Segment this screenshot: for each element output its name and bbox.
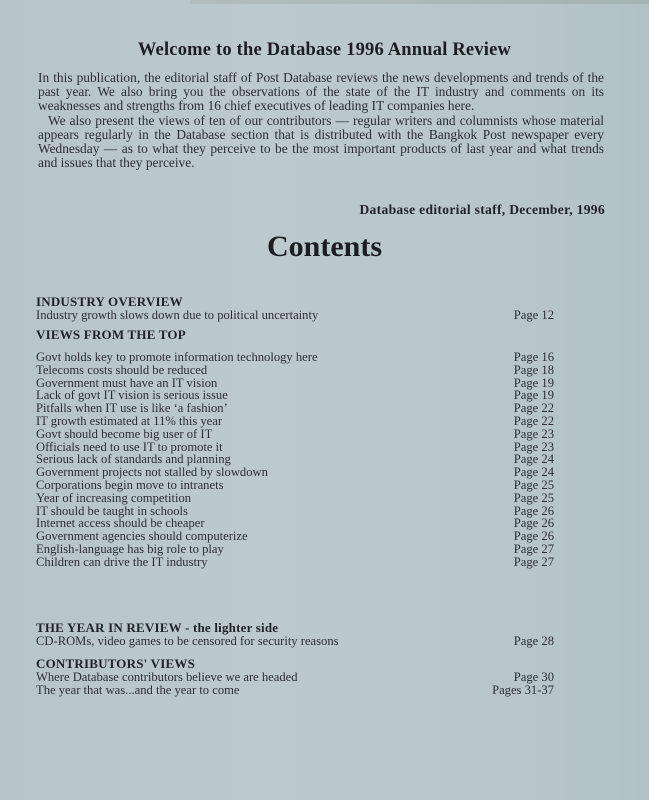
toc-entry[interactable]: Telecoms costs should be reducedPage 18 bbox=[36, 364, 556, 377]
section-heading: THE YEAR IN REVIEW - the lighter side bbox=[36, 621, 556, 635]
entry-title: English-language has big role to play bbox=[36, 543, 224, 556]
entry-title: Industry growth slows down due to politi… bbox=[36, 309, 318, 322]
entry-page: Page 22 bbox=[484, 415, 556, 428]
toc-entry[interactable]: Where Database contributors believe we a… bbox=[36, 671, 556, 684]
toc-entry[interactable]: Year of increasing competitionPage 25 bbox=[36, 492, 556, 505]
entry-page: Page 16 bbox=[484, 351, 556, 364]
entry-page: Page 25 bbox=[484, 492, 556, 505]
toc-entry[interactable]: Children can drive the IT industryPage 2… bbox=[36, 556, 556, 569]
intro-paragraph-2: We also present the views of ten of our … bbox=[38, 114, 604, 171]
section-heading: VIEWS FROM THE TOP bbox=[36, 328, 556, 342]
entry-page: Page 18 bbox=[484, 364, 556, 377]
table-of-contents: INDUSTRY OVERVIEW Industry growth slows … bbox=[36, 295, 556, 697]
intro-paragraph-1: In this publication, the editorial staff… bbox=[38, 71, 604, 114]
welcome-title: Welcome to the Database 1996 Annual Revi… bbox=[0, 40, 649, 61]
entry-page: Page 27 bbox=[484, 556, 556, 569]
toc-entry[interactable]: Corporations begin move to intranetsPage… bbox=[36, 479, 556, 492]
toc-entry[interactable]: Govt holds key to promote information te… bbox=[36, 351, 556, 364]
contents-title: Contents bbox=[0, 230, 649, 264]
intro-text: In this publication, the editorial staff… bbox=[38, 71, 604, 170]
entry-title: Telecoms costs should be reduced bbox=[36, 364, 207, 377]
entry-page: Page 28 bbox=[484, 635, 556, 648]
toc-section-year-in-review: THE YEAR IN REVIEW - the lighter side CD… bbox=[36, 621, 556, 657]
section-heading: INDUSTRY OVERVIEW bbox=[36, 295, 556, 309]
editorial-signature: Database editorial staff, December, 1996 bbox=[359, 202, 605, 218]
toc-entry[interactable]: Govt should become big user of ITPage 23 bbox=[36, 428, 556, 441]
toc-section-contributors-views: CONTRIBUTORS' VIEWS Where Database contr… bbox=[36, 657, 556, 697]
section-heading: CONTRIBUTORS' VIEWS bbox=[36, 657, 556, 671]
entry-title: Children can drive the IT industry bbox=[36, 556, 208, 569]
toc-entry[interactable]: Industry growth slows down due to politi… bbox=[36, 309, 556, 322]
toc-entry[interactable]: IT growth estimated at 11% this yearPage… bbox=[36, 415, 556, 428]
toc-section-views-from-the-top: VIEWS FROM THE TOP Govt holds key to pro… bbox=[36, 328, 556, 621]
entry-title: Govt holds key to promote information te… bbox=[36, 351, 318, 364]
document-page: Welcome to the Database 1996 Annual Revi… bbox=[0, 0, 649, 800]
entry-page: Page 25 bbox=[484, 479, 556, 492]
entry-title: Where Database contributors believe we a… bbox=[36, 671, 298, 684]
toc-entry[interactable]: English-language has big role to playPag… bbox=[36, 543, 556, 556]
entry-title: Govt should become big user of IT bbox=[36, 428, 212, 441]
entry-title: Year of increasing competition bbox=[36, 492, 191, 505]
entry-title: CD-ROMs, video games to be censored for … bbox=[36, 635, 339, 648]
entry-page: Page 12 bbox=[484, 309, 556, 322]
toc-section-industry-overview: INDUSTRY OVERVIEW Industry growth slows … bbox=[36, 295, 556, 328]
toc-entry[interactable]: The year that was...and the year to come… bbox=[36, 684, 556, 697]
entry-page: Page 23 bbox=[484, 428, 556, 441]
entry-page: Pages 31-37 bbox=[484, 684, 556, 697]
entry-title: The year that was...and the year to come bbox=[36, 684, 240, 697]
entry-page: Page 27 bbox=[484, 543, 556, 556]
entry-title: Corporations begin move to intranets bbox=[36, 479, 223, 492]
toc-entry[interactable]: CD-ROMs, video games to be censored for … bbox=[36, 635, 556, 648]
entry-page: Page 30 bbox=[484, 671, 556, 684]
entry-title: IT growth estimated at 11% this year bbox=[36, 415, 222, 428]
